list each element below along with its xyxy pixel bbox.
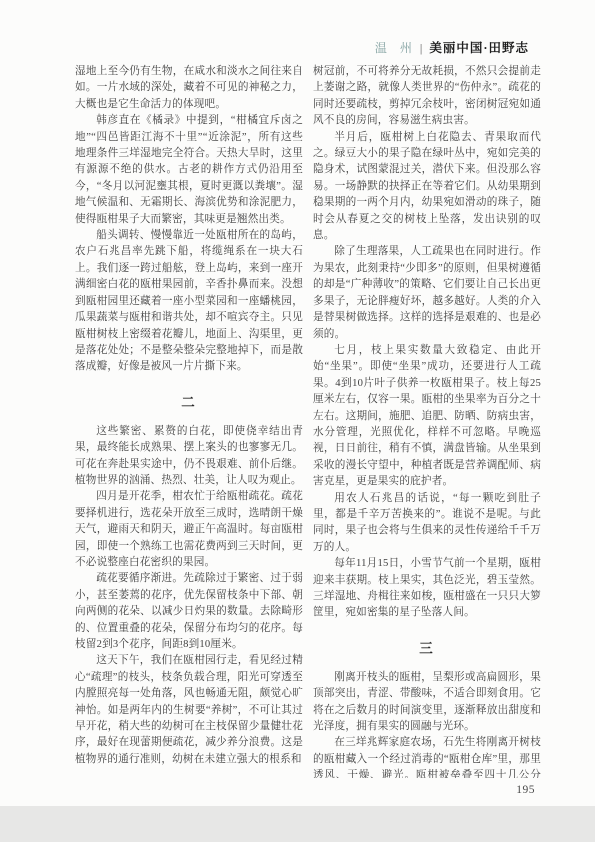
- section-heading: 三: [313, 637, 541, 657]
- paragraph: 湿地上至今仍有生物，在咸水和淡水之间往来自如。一片水域的深处，藏着不可见的神秘之…: [75, 64, 303, 113]
- header-location: 温 州: [375, 41, 417, 55]
- header-separator: |: [420, 41, 422, 55]
- paragraph: 船头调转、慢慢靠近一处瓯柑所在的岛屿，农户石兆昌率先跳下船，将缆绳系在一块大石上…: [75, 228, 303, 376]
- paragraph: 这些繁密、累赘的白花，即使侥幸结出青果，最终能长成熟果、摆上案头的也寥寥无几。可…: [75, 424, 303, 490]
- paragraph: 疏花要循序渐进。先疏除过于繁密、过于弱小，甚至萎蔫的花序，优先保留枝条中下部、朝…: [75, 571, 303, 653]
- right-column: 树冠前，不可将养分无故耗损，不然只会提前走上萎谢之路，就像人类世界的“伤仲永”。…: [313, 64, 541, 778]
- running-header: 温 州 | 美丽中国·田野志: [375, 38, 529, 56]
- paragraph: 韩彦直在《橘录》中提到，“柑橘宜斥卤之地”“四邑皆距江海不十里”“近涂泥”，所有…: [75, 113, 303, 228]
- section-heading: 二: [75, 391, 303, 411]
- left-column: 湿地上至今仍有生物，在咸水和淡水之间往来自如。一片水域的深处，藏着不可见的神秘之…: [75, 64, 303, 778]
- paragraph: 除了生理落果，人工疏果也在同时进行。作为果农，此刻秉持“少即多”的原则，但果树遵…: [313, 244, 541, 342]
- header-title: 美丽中国·田野志: [429, 41, 529, 55]
- paragraph: 七月，枝上果实数量大致稳定、由此开始“坐果”。即使“坐果”成功，还要进行人工疏果…: [313, 343, 541, 491]
- page-number: 195: [516, 784, 535, 796]
- paragraph: 这天下午，我们在瓯柑园行走，看见经过精心“疏理”的枝头，枝条负载合理，阳光可穿透…: [75, 653, 303, 768]
- paragraph: 半月后，瓯柑树上白花隐去、青果取而代之。绿豆大小的果子隐在绿叶丛中，宛如完美的隐…: [313, 130, 541, 245]
- paragraph: 每年11月15日，小雪节气前一个星期，瓯柑迎来丰获期。枝上果实，其色泛光，碧玉莹…: [313, 556, 541, 622]
- book-page: 温 州 | 美丽中国·田野志 湿地上至今仍有生物，在咸水和淡水之间往来自如。一片…: [0, 0, 595, 842]
- text-columns: 湿地上至今仍有生物，在咸水和淡水之间往来自如。一片水域的深处，藏着不可见的神秘之…: [75, 64, 541, 778]
- page-edge-shadow: [0, 806, 595, 842]
- paragraph: 用农人石兆昌的话说，“每一颗吃到肚子里，都是千辛万苦换来的”。谁说不是呢。与此同…: [313, 491, 541, 557]
- paragraph: 在三垟兆辉家庭农场，石先生将刚离开树枝的瓯柑藏入一个经过消毒的“瓯柑仓库”里，那…: [313, 735, 541, 778]
- paragraph: 树冠前，不可将养分无故耗损，不然只会提前走上萎谢之路，就像人类世界的“伤仲永”。…: [313, 64, 541, 130]
- paragraph: 刚离开枝头的瓯柑，呈梨形或高扁圆形，果顶部突出，青涩、带酸味，不适合即刻食用。它…: [313, 670, 541, 736]
- paragraph: 四月是开花季，柑农忙于给瓯柑疏花。疏花要择机进行，选花朵开放至三成时，选晴朗干燥…: [75, 489, 303, 571]
